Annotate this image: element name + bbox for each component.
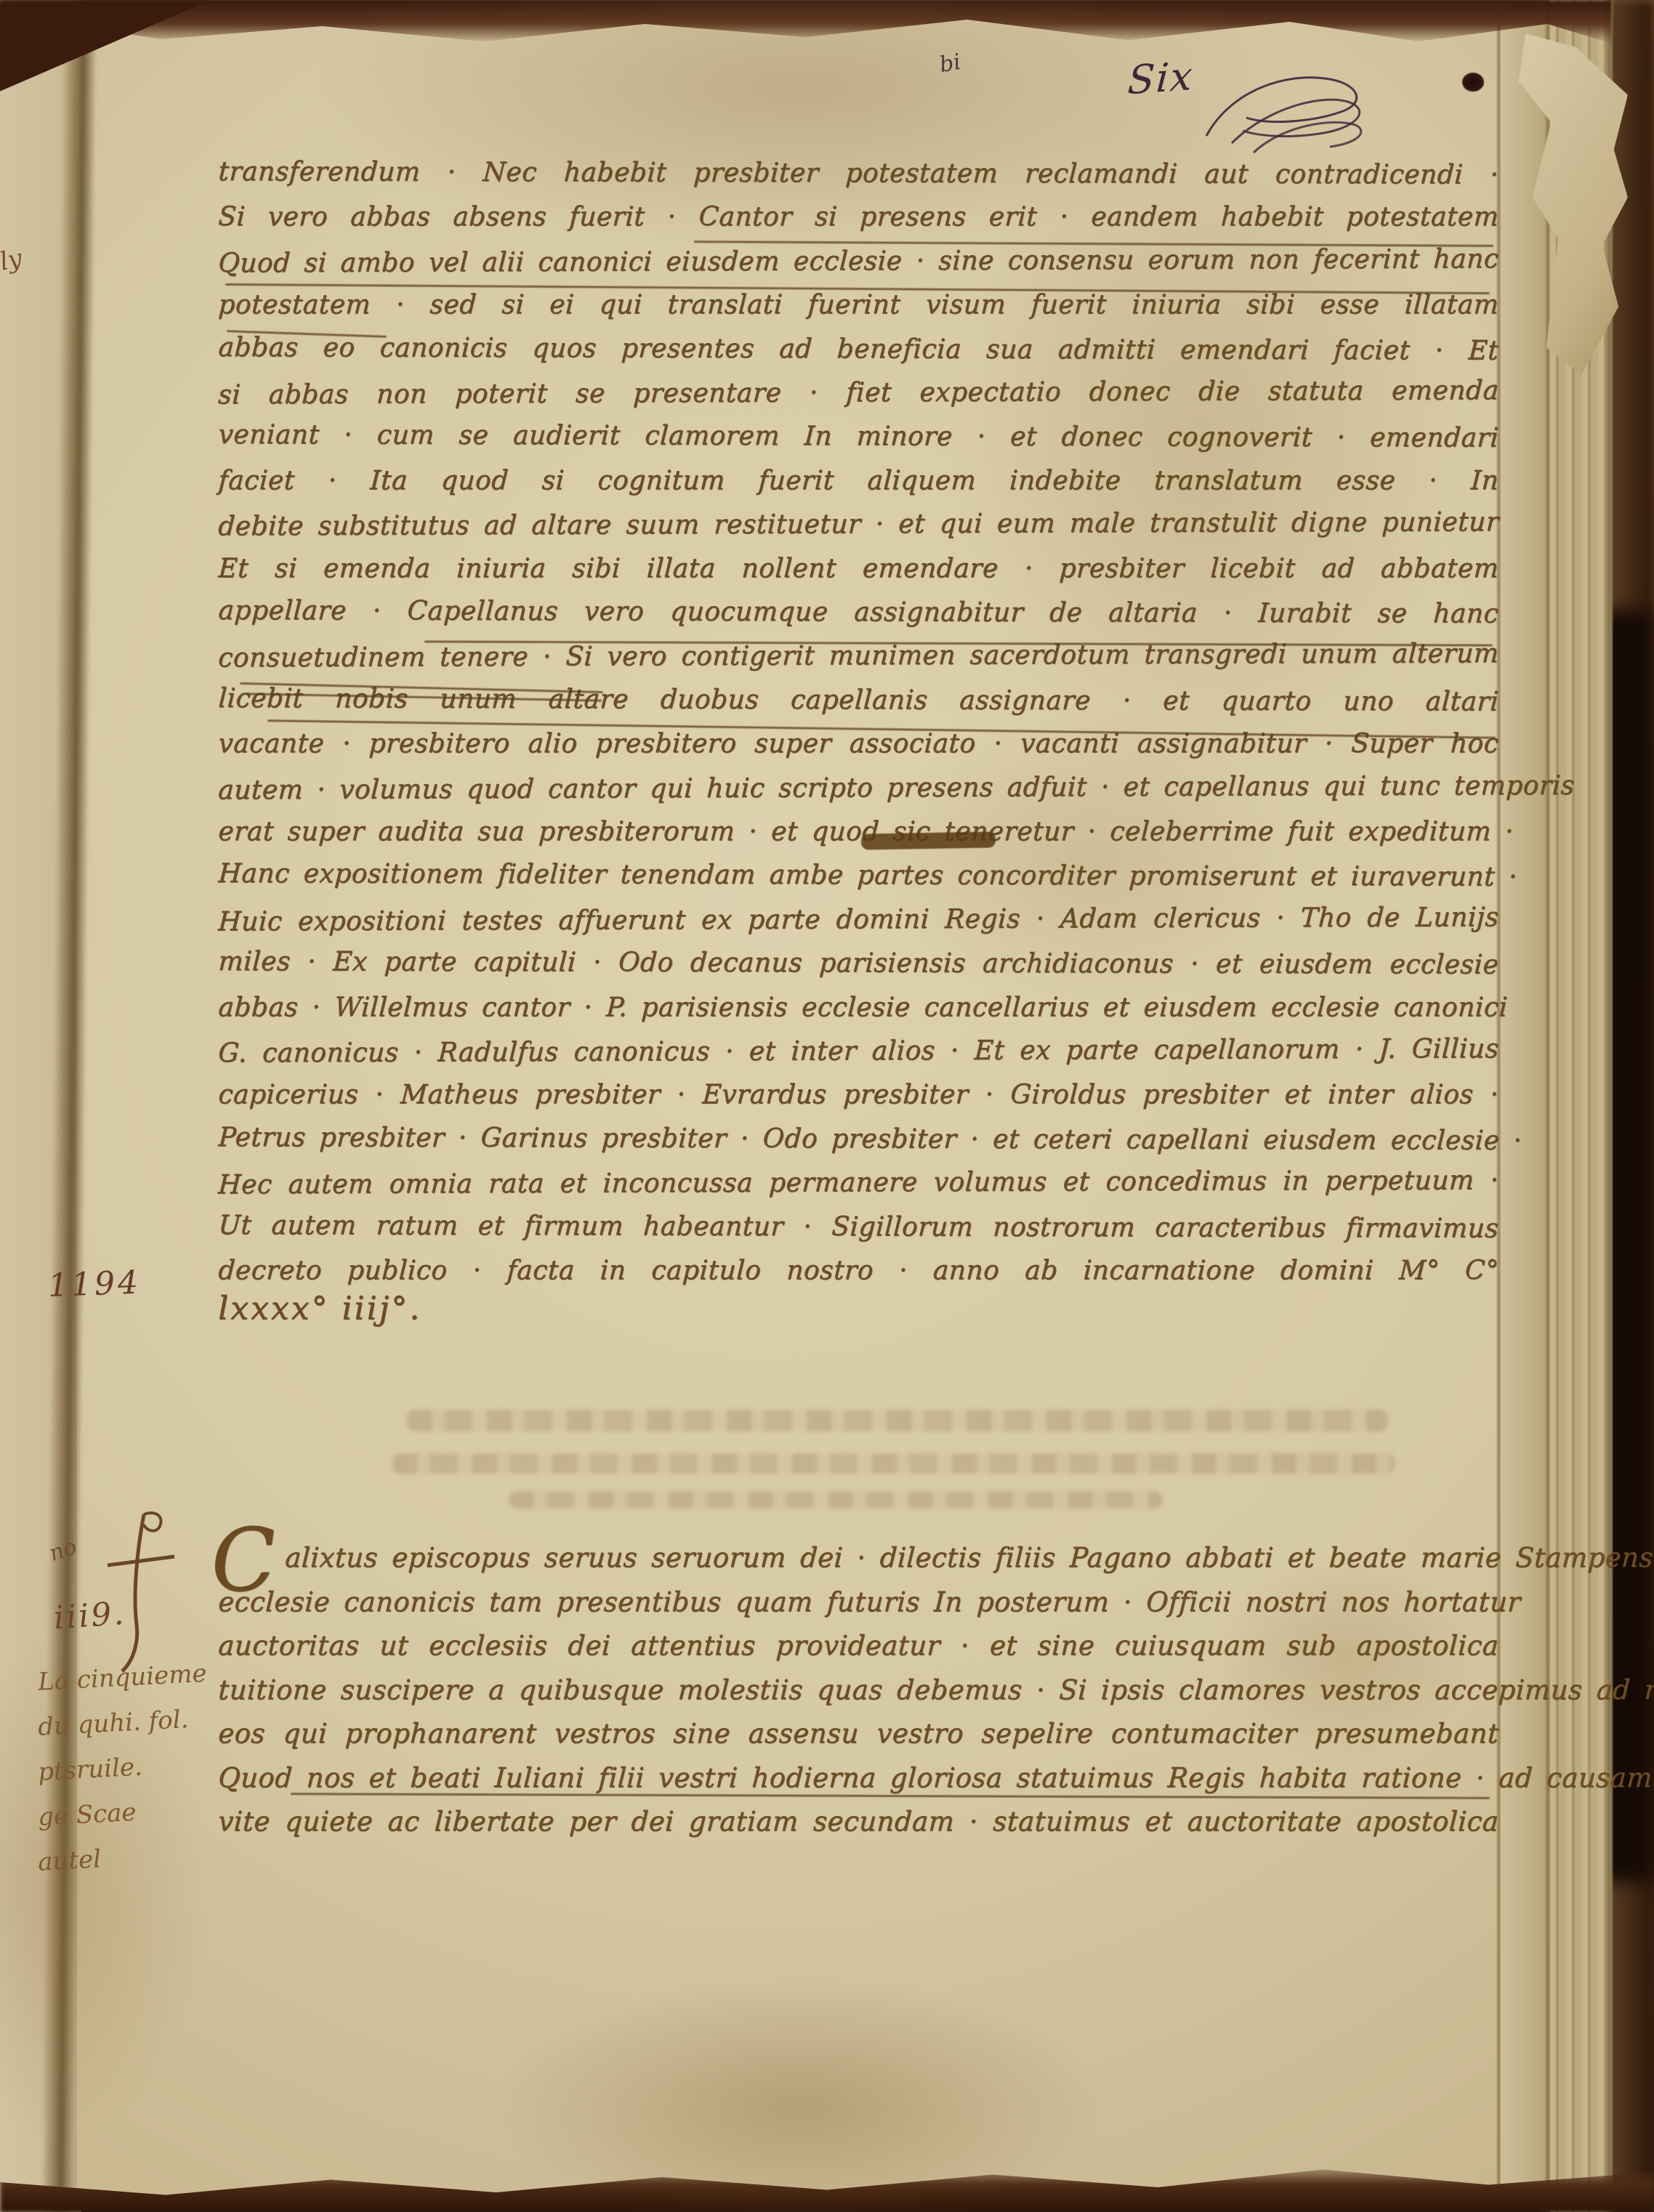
charter2-line: auctoritas ut ecclesiis dei attentius pr…	[217, 1630, 1500, 1669]
charter2-line: vite quiete ac libertate per dei gratiam…	[217, 1806, 1500, 1845]
charter2-line: tuitione suscipere a quibusque molestiis…	[217, 1674, 1500, 1714]
ink-showthrough	[392, 1453, 1395, 1474]
strikethrough-blot	[861, 831, 996, 849]
charter2-line: ecclesie canonicis tam presentibus quam …	[217, 1586, 1500, 1626]
charter2-line: alixtus episcopus seruus seruorum dei · …	[284, 1542, 1500, 1581]
ink-layer: bi Six ly transferendum · Nec habebit pr…	[0, 0, 1654, 2212]
ink-showthrough	[509, 1491, 1163, 1509]
charter2-line: eos qui prophanarent vestros sine assens…	[217, 1718, 1500, 1757]
manuscript-photo: bi Six ly transferendum · Nec habebit pr…	[0, 0, 1654, 2212]
ink-showthrough	[407, 1410, 1388, 1432]
